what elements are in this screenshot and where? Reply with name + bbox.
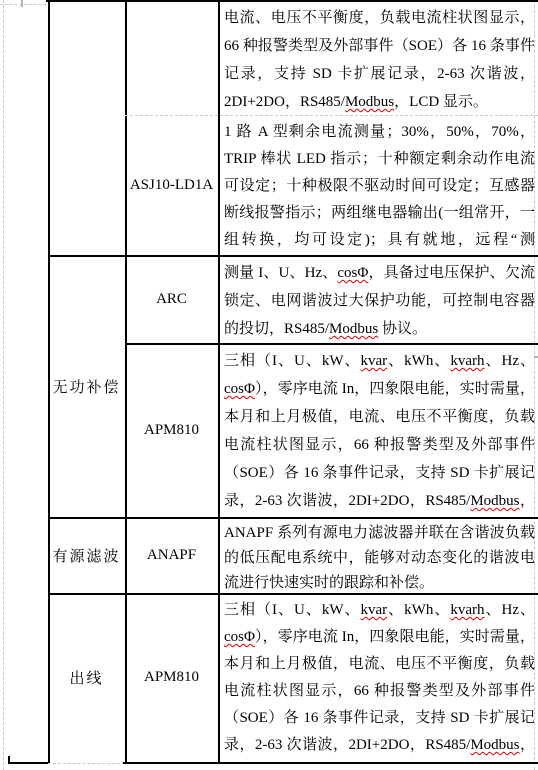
spellcheck-squiggle: cosΦ — [224, 381, 255, 397]
spellcheck-squiggle: Modbus — [470, 737, 519, 753]
spellcheck-squiggle: kvar — [361, 353, 388, 369]
description-cell-4[interactable]: 三相（I、U、kW、kvar、kWh、kvarh、Hz、cosΦ），零序电流 I… — [220, 345, 538, 515]
model-cell-empty[interactable] — [127, 2, 216, 113]
table-border-bottom-right — [123, 762, 538, 764]
description-cell-1[interactable]: 电流、电压不平衡度，负载电流柱状图显示，66 种报警类型及外部事件（SOE）各 … — [220, 2, 538, 113]
model-cell-apm810-2[interactable]: APM810 — [127, 595, 216, 760]
table-border-bottom-dashed — [48, 763, 125, 764]
row-divider-pagebreak-dashed — [125, 115, 538, 116]
text-boundary-top-guide — [0, 4, 46, 5]
category-cell-reactive-power-compensation[interactable]: 无功补偿 — [50, 257, 123, 515]
text-boundary-left-guide — [3, 0, 4, 770]
spellcheck-squiggle: Modbus — [470, 493, 519, 509]
description-cell-2[interactable]: 1 路 A 型剩余电流测量；30%，50%，70%，TRIP 棒状 LED 指示… — [220, 117, 538, 253]
model-cell-anapf[interactable]: ANAPF — [127, 519, 216, 591]
model-cell-apm810-1[interactable]: APM810 — [127, 345, 216, 515]
model-cell-asj10-ld1a[interactable]: ASJ10-LD1A — [127, 117, 216, 253]
spellcheck-squiggle: Modbus — [345, 94, 394, 110]
category-cell-empty[interactable] — [50, 2, 123, 253]
spellcheck-squiggle: cosΦ — [337, 265, 368, 281]
description-cell-3[interactable]: 测量 I、U、Hz、cosΦ，具备过电压保护、欠流锁定、电网谐波过大保护功能，可… — [220, 257, 538, 341]
spellcheck-squiggle: cosΦ — [224, 629, 255, 645]
document-page: 无功补偿 有源滤波 出线 ASJ10-LD1A ARC APM810 ANAPF… — [0, 0, 538, 770]
spellcheck-squiggle: kvarh — [450, 353, 484, 369]
spellcheck-squiggle: kvarh — [450, 602, 484, 618]
margin-corner-mark — [21, 0, 23, 7]
category-cell-outgoing-line[interactable]: 出线 — [50, 595, 123, 760]
description-cell-5[interactable]: ANAPF 系列有源电力滤波器并联在含谐波负载的低压配电系统中，能够对动态变化的… — [220, 519, 538, 591]
description-cell-6[interactable]: 三相（I、U、kW、kvar、kWh、kvarh、Hz、cosΦ），零序电流 I… — [220, 595, 538, 760]
spellcheck-squiggle: kvar — [361, 602, 388, 618]
model-cell-arc[interactable]: ARC — [127, 257, 216, 341]
category-cell-active-filter[interactable]: 有源滤波 — [50, 519, 123, 591]
spellcheck-squiggle: Modbus — [329, 321, 378, 337]
table-border-bottom-left — [8, 762, 48, 764]
